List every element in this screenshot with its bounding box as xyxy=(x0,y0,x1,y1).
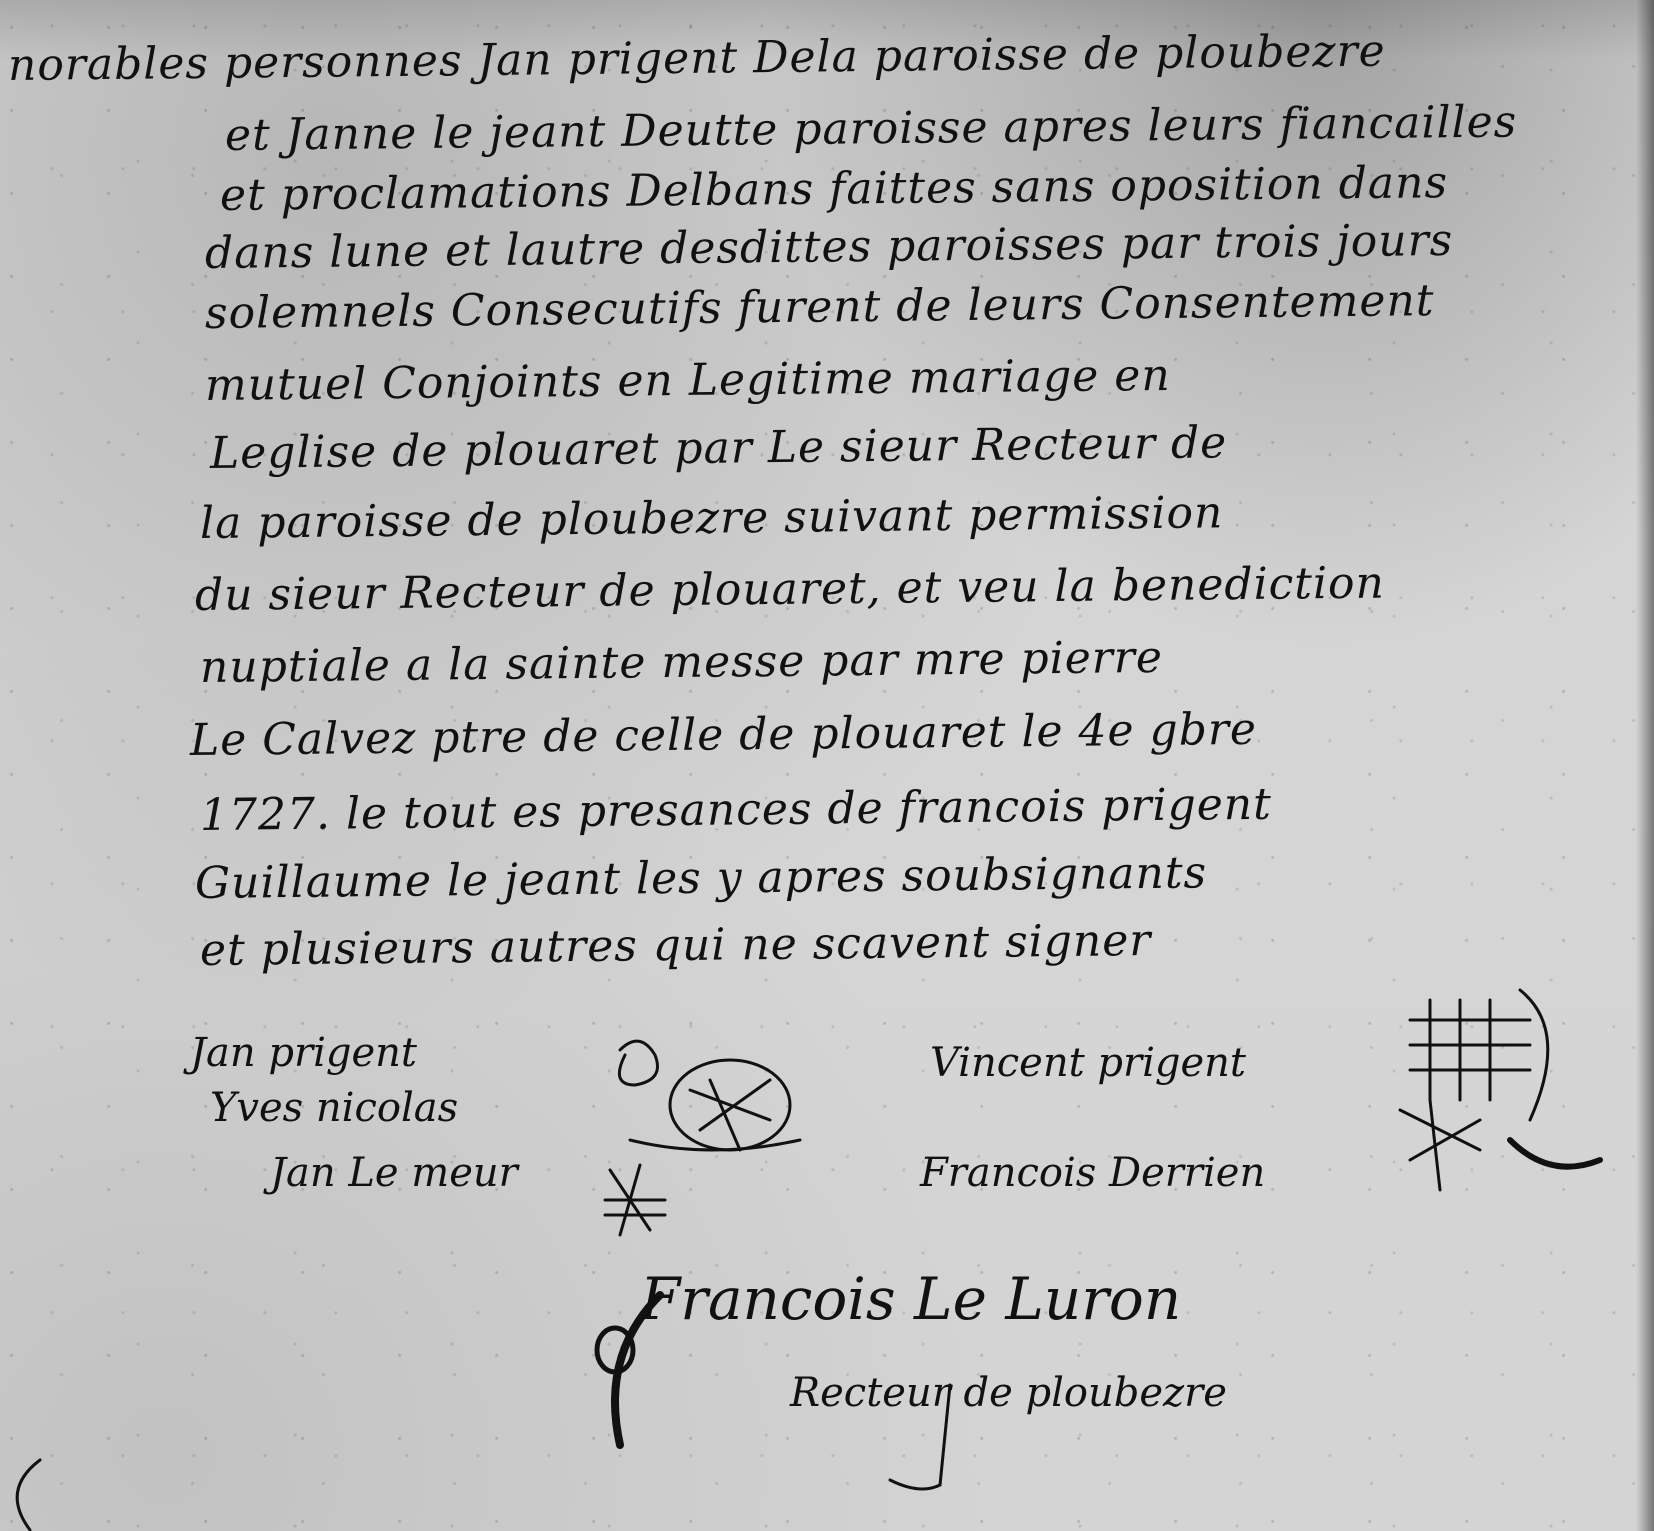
text-line-14: et plusieurs autres qui ne scavent signe… xyxy=(200,915,1152,976)
signature-vincent-prigent: Vincent prigent xyxy=(930,1040,1246,1086)
text-line-10: nuptiale a la sainte messe par mre pierr… xyxy=(200,632,1163,693)
text-line-7: Leglise de plouaret par Le sieur Recteur… xyxy=(210,417,1228,479)
text-line-13: Guillaume le jeant les y apres soubsigna… xyxy=(195,847,1208,909)
signature-francois-le-luron: Francois Le Luron xyxy=(640,1265,1181,1333)
text-line-4: dans lune et lautre desdittes paroisses … xyxy=(205,215,1454,279)
signature-francois-derrien: Francois Derrien xyxy=(920,1150,1265,1196)
text-line-2: et Janne le jeant Deutte paroisse apres … xyxy=(225,96,1518,161)
text-line-11: Le Calvez ptre de celle de plouaret le 4… xyxy=(190,704,1257,766)
flourish-icon xyxy=(890,1380,1010,1500)
text-line-12: 1727. le tout es presances de francois p… xyxy=(200,779,1272,841)
page-edge-shadow xyxy=(1636,0,1654,1531)
signature-mark-icon xyxy=(610,1030,810,1180)
signature-mark-icon xyxy=(1390,990,1610,1210)
signature-jan-prigent: Jan prigent xyxy=(190,1030,417,1076)
register-page: norables personnes Jan prigent Dela paro… xyxy=(0,0,1654,1531)
text-line-8: la paroisse de ploubezre suivant permiss… xyxy=(200,487,1224,549)
flourish-icon xyxy=(0,1460,90,1531)
signature-jan-le-meur: Jan Le meur xyxy=(270,1150,518,1196)
text-line-9: du sieur Recteur de plouaret, et veu la … xyxy=(195,558,1385,621)
flourish-icon xyxy=(590,1290,680,1460)
text-line-3: et proclamations Delbans faittes sans op… xyxy=(220,157,1449,221)
text-line-5: solemnels Consecutifs furent de leurs Co… xyxy=(205,275,1435,339)
signature-mark-icon xyxy=(600,1160,680,1250)
text-line-6: mutuel Conjoints en Legitime mariage en xyxy=(205,350,1171,411)
text-line-1: norables personnes Jan prigent Dela paro… xyxy=(8,26,1386,91)
signature-yves-nicolas: Yves nicolas xyxy=(210,1085,458,1131)
